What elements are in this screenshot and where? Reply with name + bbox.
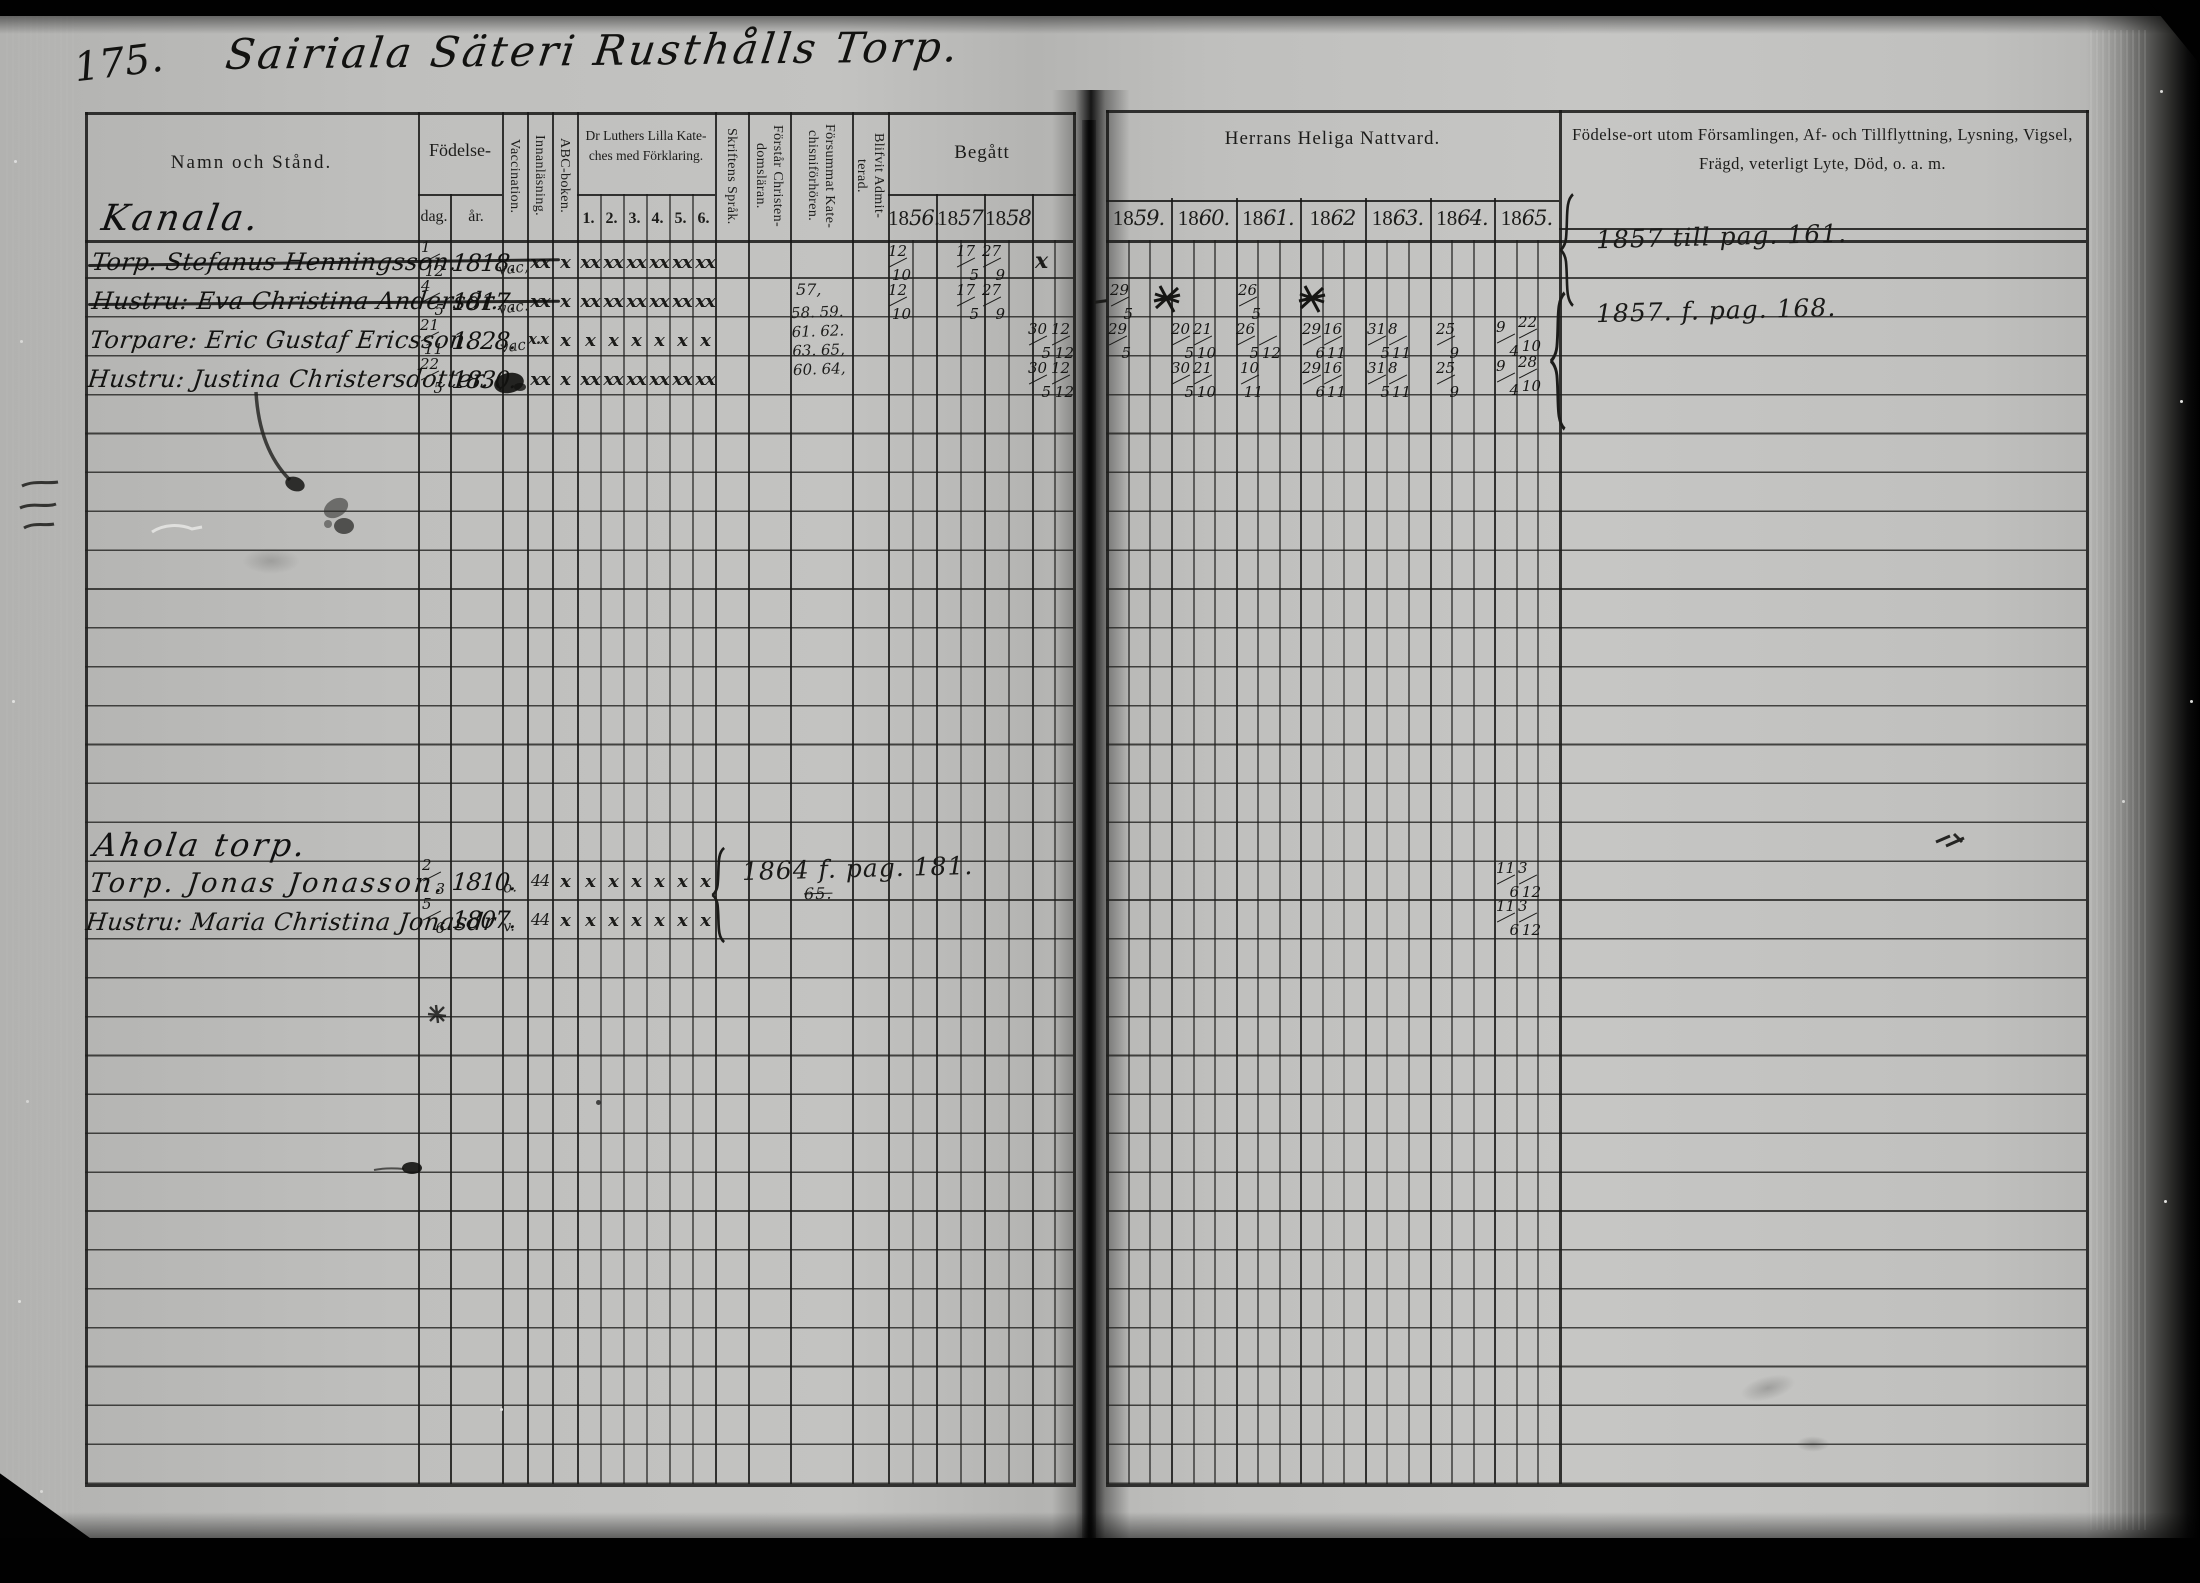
communion-date: 1611	[1323, 325, 1345, 358]
column-header-scripture-language: Skriftens Språk.	[715, 116, 748, 236]
communion-date: 175	[956, 247, 978, 280]
column-header-birth: Födelse-	[418, 140, 502, 161]
faint-smudge	[242, 548, 300, 574]
white-scratch	[150, 520, 206, 538]
paper-speckles	[14, 160, 17, 163]
column-header-holy-communion: Herrans Heliga Nattvard.	[1106, 128, 1559, 150]
gutter-core	[1082, 120, 1096, 1540]
birth-date-fraction: 2111	[420, 321, 442, 354]
communion-date: 1212	[1051, 364, 1073, 397]
catechism-col-5: 5.	[669, 210, 692, 228]
communion-date: 305	[1028, 364, 1050, 397]
year-header-1865: 1865.	[1494, 206, 1559, 231]
year-header-1858: 1858	[984, 206, 1032, 231]
communion-date: 2110	[1193, 325, 1215, 358]
communion-date: 312	[1518, 864, 1540, 897]
scanned-parish-register-page: 175. Sairiala Säteri Rusthålls Torp.	[0, 0, 2200, 1583]
year-header-1862: 1862	[1300, 206, 1365, 231]
small-ink-mark	[424, 1002, 450, 1026]
annotation-brace	[710, 846, 727, 944]
section-title-kanala: Kanala.	[99, 198, 264, 239]
communion-date: 295	[1110, 286, 1132, 319]
communion-date: 12	[1258, 325, 1280, 358]
column-header-missed-examinations: Försummat Kate- chisniförhören.	[790, 116, 852, 236]
abc-mark: x	[552, 330, 578, 351]
abc-mark: x	[552, 871, 578, 892]
crossed-out-entry	[1297, 282, 1327, 316]
communion-date: 265	[1236, 325, 1258, 358]
column-header-birth-year: år.	[450, 208, 502, 226]
communion-date: 116	[1496, 864, 1518, 897]
birth-date-fraction: 56	[422, 900, 444, 933]
communion-date: 2110	[1193, 364, 1215, 397]
column-header-admitted: Blifvit Admit- terad.	[852, 116, 888, 236]
column-header-abc-book: ABC-boken.	[552, 116, 577, 236]
ink-blot	[492, 370, 526, 396]
catechism-mark: xx	[692, 369, 718, 390]
column-header-remarks: Födelse-ort utom Församlingen, Af- och T…	[1565, 120, 2080, 178]
column-header-name: Namn och Stånd.	[85, 152, 418, 174]
abc-mark: x	[552, 252, 578, 273]
communion-date: 296	[1302, 364, 1324, 397]
year-header-1856: 1856.	[888, 206, 936, 231]
annotation-brace	[1548, 290, 1568, 432]
birth-date-fraction: 225	[420, 360, 442, 393]
transfer-note: 1864 f. pag. 181.	[742, 851, 974, 886]
catechism-mark: xx	[692, 252, 718, 273]
year-header-1860: 1860.	[1171, 206, 1236, 231]
communion-date: 259	[1436, 364, 1458, 397]
column-header-reading: Innanläsning.	[527, 116, 552, 236]
entry-name: Torpare: Eric Gustaf Ericsson.	[88, 326, 475, 354]
communion-date: 1611	[1323, 364, 1345, 397]
column-header-vaccination: Vaccination.	[502, 116, 527, 236]
margin-scribble	[18, 478, 62, 534]
communion-date: 305	[1171, 364, 1193, 397]
missed-exam-years: 58. 59. 61. 62. 63. 65, 60. 64,	[791, 302, 858, 380]
communion-date: 315	[1367, 364, 1389, 397]
left-binding-striation	[6, 0, 76, 1583]
communion-date: 175	[956, 286, 978, 319]
communion-date: 205	[1171, 325, 1193, 358]
communion-date: 315	[1367, 325, 1389, 358]
reading-mark: xx	[527, 369, 553, 390]
catechism-col-2: 2.	[600, 210, 623, 228]
column-header-catechism: Dr Luthers Lilla Kate- ches med Förklari…	[579, 126, 713, 166]
communion-date: 2810	[1518, 358, 1540, 391]
communion-date: 1011	[1240, 364, 1262, 397]
communion-date: 296	[1302, 325, 1324, 358]
faint-smudge	[1796, 1436, 1830, 1452]
catechism-mark: xx	[692, 291, 718, 312]
column-header-partaken: Begått	[888, 142, 1076, 164]
catechism-mark: x	[692, 330, 718, 351]
year-header-1857: 1857	[936, 206, 984, 231]
column-header-understands-christianity: Förstår Christen- domsläran.	[748, 116, 790, 236]
communion-date: 1212	[1051, 325, 1073, 358]
small-dot	[596, 1100, 601, 1105]
right-page-edges	[2090, 30, 2148, 1530]
communion-date: 265	[1238, 286, 1260, 319]
missed-exam-years: 57,	[796, 280, 821, 299]
catechism-col-4: 4.	[646, 210, 669, 228]
crossed-out-entry	[1152, 282, 1182, 316]
ink-blot	[316, 490, 362, 542]
communion-date: 116	[1496, 902, 1518, 935]
communion-mark: x	[1028, 248, 1054, 274]
abc-mark: x	[552, 369, 578, 390]
communion-date: 305	[1028, 325, 1050, 358]
top-black-bar	[0, 0, 2200, 16]
reading-mark: xx	[527, 252, 553, 273]
catechism-col-6: 6.	[692, 210, 715, 228]
year-header-1859: 1859.	[1106, 206, 1171, 231]
abc-mark: x	[552, 910, 578, 931]
reading-mark: 44	[527, 910, 553, 929]
ink-trail	[238, 388, 328, 503]
entry-name: Torp. Jonas Jonasson.	[88, 868, 448, 899]
bottom-black-bar	[0, 1538, 2200, 1583]
vaccination-note: vac	[499, 335, 527, 356]
page-title: Sairiala Säteri Rusthålls Torp.	[223, 22, 964, 79]
reading-mark: x.x	[525, 330, 551, 348]
communion-date: 1210	[888, 286, 910, 319]
catechism-col-3: 3.	[623, 210, 646, 228]
communion-date: 1210	[888, 247, 910, 280]
communion-date: 279	[982, 286, 1004, 319]
bottom-shadow	[0, 1512, 2200, 1538]
transfer-note-struck: 65.	[804, 884, 833, 904]
section-title-ahola: Ahola torp.	[91, 826, 311, 864]
catechism-col-1: 1.	[577, 210, 600, 228]
birth-date-fraction: 23	[422, 861, 444, 894]
year-header-1864: 1864.	[1430, 206, 1494, 231]
ink-blot	[372, 1156, 424, 1178]
column-header-birth-day: dag.	[418, 208, 450, 226]
vaccination-note: v.	[502, 916, 516, 935]
birth-date-fraction: 45	[421, 282, 443, 315]
reading-mark: 44	[527, 871, 553, 890]
communion-date: 2210	[1518, 318, 1540, 351]
communion-date: 811	[1388, 325, 1410, 358]
communion-date: 279	[982, 247, 1004, 280]
year-header-1861: 1861.	[1236, 206, 1300, 231]
year-header-1863: 1863.	[1365, 206, 1430, 231]
vaccination-note: o.	[502, 877, 518, 897]
communion-date: 94	[1496, 323, 1518, 356]
communion-date: 295	[1108, 325, 1130, 358]
communion-date: 312	[1518, 902, 1540, 935]
small-ink-mark	[1934, 828, 1968, 850]
communion-date: 811	[1388, 364, 1410, 397]
communion-date: 94	[1496, 362, 1518, 395]
communion-date: 259	[1436, 325, 1458, 358]
